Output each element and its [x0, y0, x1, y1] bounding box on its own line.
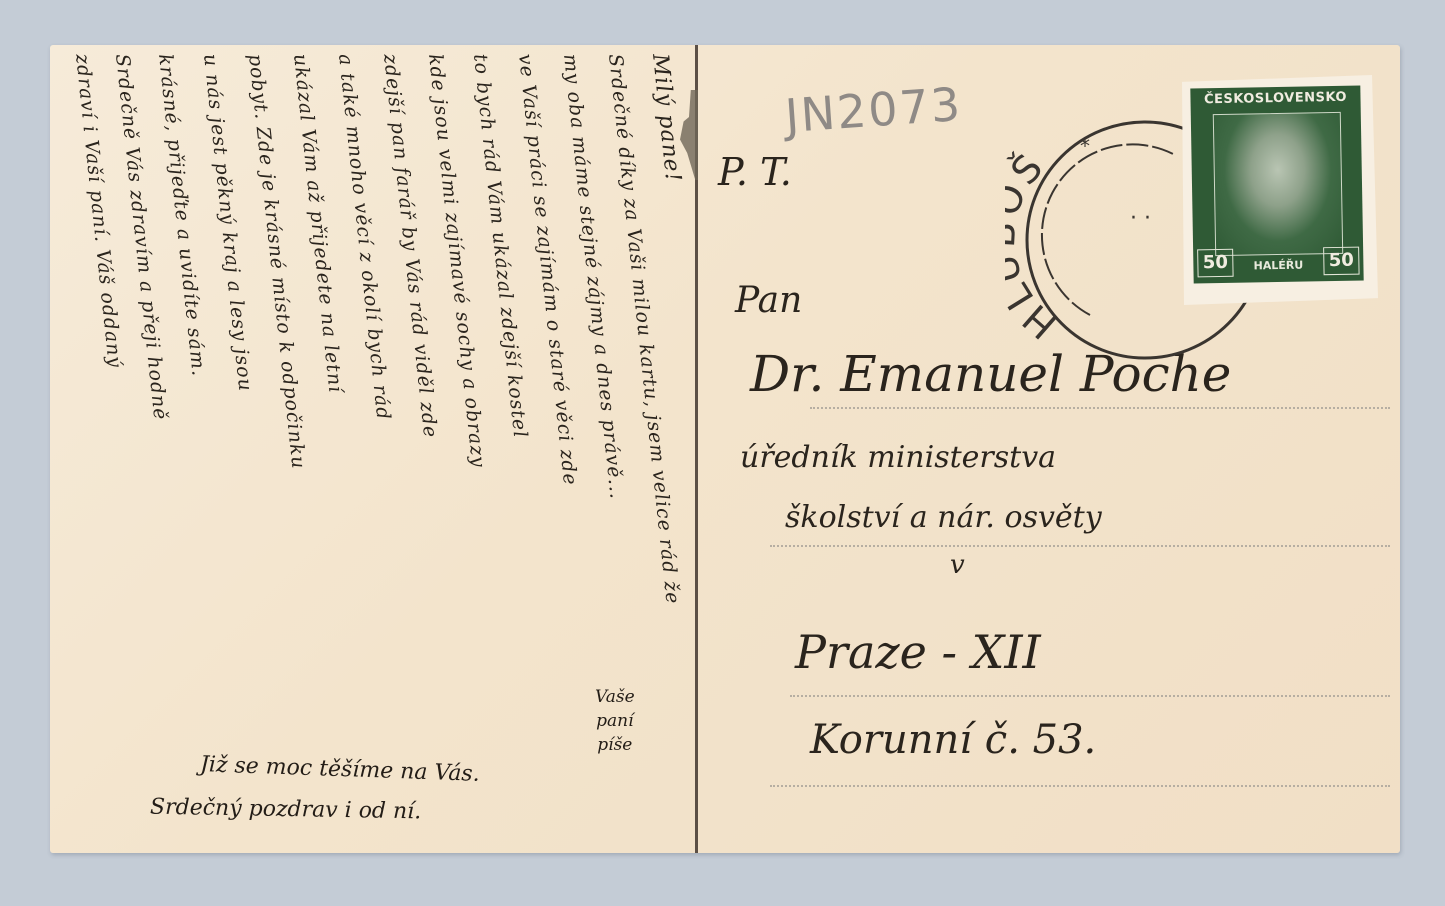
postage-stamp: ČESKOSLOVENSKO 50 HALÉŘU 50 — [1178, 75, 1378, 305]
address-line2: školství a nár. osvěty — [785, 500, 1102, 535]
address-street: Korunní č. 53. — [810, 717, 1096, 763]
address-prefix: Pan — [735, 280, 802, 321]
address-line1: úředník ministerstva — [740, 440, 1056, 475]
side-note: Vaše paní píše — [595, 685, 635, 757]
postcard: Milý pane! Srdečné díky za Vaši milou ka… — [50, 45, 1400, 853]
address-line-rule — [810, 407, 1390, 409]
stamp-value-right: 50 — [1323, 247, 1359, 276]
address-line-rule — [770, 545, 1390, 547]
side-note-line: Vaše — [595, 685, 635, 709]
message-heading: Milý pane! — [648, 53, 683, 184]
message-line: u nás jest pěkný kraj a lesy jsou — [200, 53, 254, 393]
postmark-star: * — [1080, 134, 1090, 158]
side-note-line: paní — [595, 709, 635, 733]
stamp-portrait-image — [1213, 112, 1343, 256]
message-line: krásné, přijeďte a uvidíte sám. — [155, 53, 208, 378]
address-line-rule — [770, 785, 1390, 787]
address-salutation: P. T. — [718, 150, 792, 194]
address-line-rule — [790, 695, 1390, 697]
side-note-line: píše — [595, 733, 635, 757]
address-preposition: v — [950, 550, 965, 580]
message-line: ukázal Vám až přijedete na letní — [290, 53, 345, 394]
stamp-design: ČESKOSLOVENSKO 50 HALÉŘU 50 — [1190, 86, 1363, 284]
stamp-country: ČESKOSLOVENSKO — [1196, 90, 1354, 108]
postmark-date: · · — [1130, 206, 1151, 231]
postmark-town: HLUBOŠ — [1005, 143, 1065, 347]
address-city: Praze - XII — [795, 625, 1041, 679]
message-area: Milý pane! Srdečné díky za Vaši milou ka… — [50, 45, 690, 765]
footer-line: Srdečný pozdrav i od ní. — [150, 795, 422, 825]
pencil-inventory-mark: JN2073 — [783, 77, 963, 143]
